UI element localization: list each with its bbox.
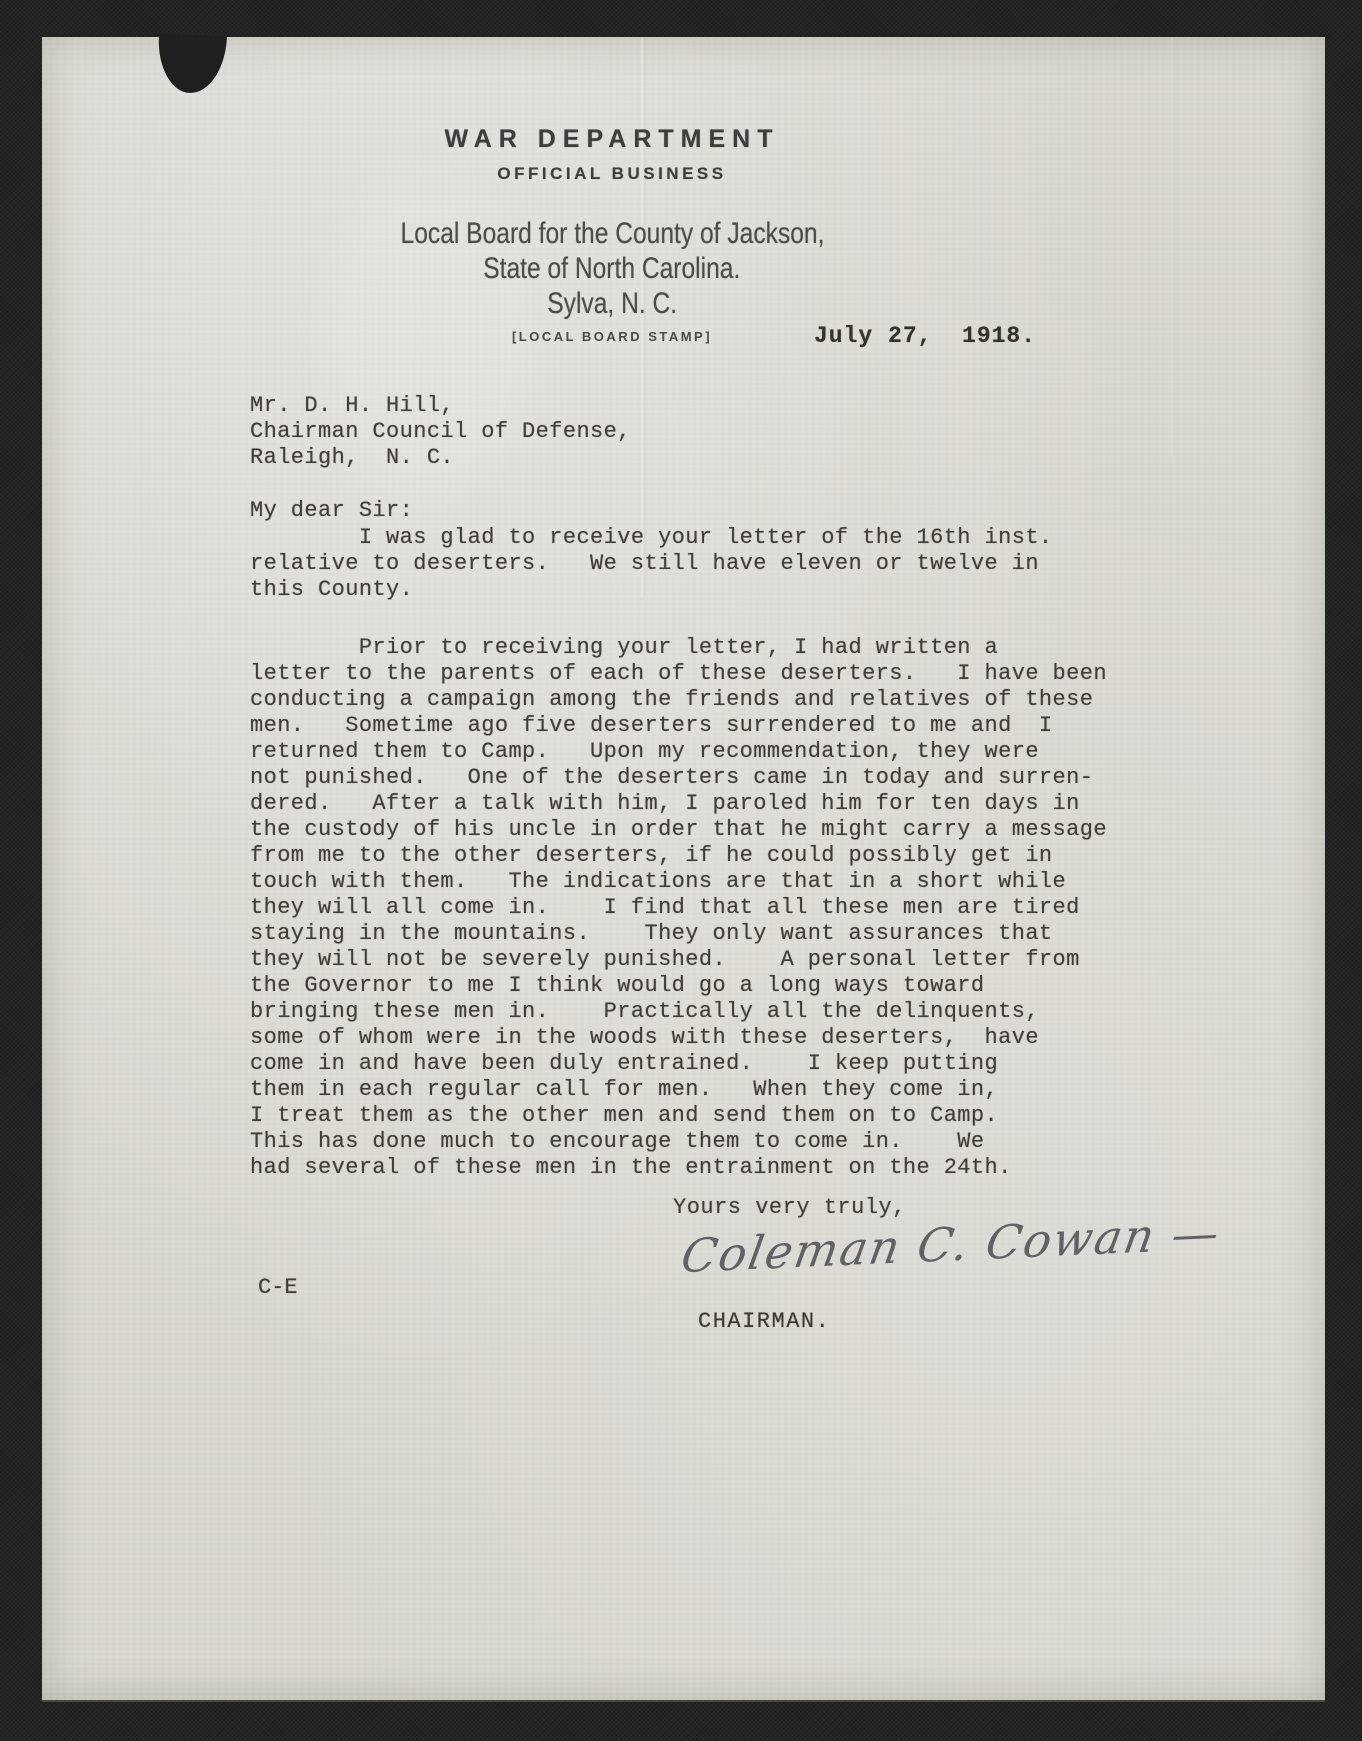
text-line: Raleigh, N. C. <box>250 445 631 471</box>
text-line: had several of these men in the entrainm… <box>250 1155 1107 1181</box>
text-line: returned them to Camp. Upon my recommend… <box>250 739 1107 765</box>
board-line-text: State of North Carolina. <box>483 251 740 286</box>
text-line: they will all come in. I find that all t… <box>250 895 1107 921</box>
recipient-address-block: Mr. D. H. Hill,Chairman Council of Defen… <box>250 393 631 471</box>
text-line: come in and have been duly entrained. I … <box>250 1051 1107 1077</box>
text-line: not punished. One of the deserters came … <box>250 765 1107 791</box>
letter-page: WAR DEPARTMENT OFFICIAL BUSINESS Local B… <box>42 37 1325 1700</box>
scanned-letter-photo: { "colors": { "background": "#212423", "… <box>0 0 1362 1741</box>
letterhead-board-line: State of North Carolina. <box>192 251 1032 286</box>
valediction: Yours very truly, <box>673 1195 906 1220</box>
text-line: conducting a campaign among the friends … <box>250 687 1107 713</box>
body-paragraph-2: Prior to receiving your letter, I had wr… <box>250 635 1107 1181</box>
letterhead-board-line: Local Board for the County of Jackson, <box>192 216 1032 251</box>
text-line: men. Sometime ago five deserters surrend… <box>250 713 1107 739</box>
text-line: Chairman Council of Defense, <box>250 419 631 445</box>
text-line: bringing these men in. Practically all t… <box>250 999 1107 1025</box>
letterhead-board-line: Sylva, N. C. <box>192 286 1032 321</box>
text-line: Mr. D. H. Hill, <box>250 393 631 419</box>
text-line: dered. After a talk with him, I paroled … <box>250 791 1107 817</box>
text-line: staying in the mountains. They only want… <box>250 921 1107 947</box>
body-paragraph-1: I was glad to receive your letter of the… <box>250 525 1053 603</box>
text-line: the Governor to me I think would go a lo… <box>250 973 1107 999</box>
vertical-fold-crease-right <box>1170 37 1176 457</box>
text-line: from me to the other deserters, if he co… <box>250 843 1107 869</box>
board-line-text: Local Board for the County of Jackson, <box>400 216 824 251</box>
letterhead-official-business: OFFICIAL BUSINESS <box>192 164 1032 184</box>
board-line-text: Sylva, N. C. <box>547 286 677 321</box>
text-line: they will not be severely punished. A pe… <box>250 947 1107 973</box>
text-line: This has done much to encourage them to … <box>250 1129 1107 1155</box>
text-line: Prior to receiving your letter, I had wr… <box>250 635 1107 661</box>
letter-date: July 27, 1918. <box>814 323 1036 349</box>
text-line: this County. <box>250 577 1053 603</box>
text-line: touch with them. The indications are tha… <box>250 869 1107 895</box>
text-line: the custody of his uncle in order that h… <box>250 817 1107 843</box>
typist-initials: C-E <box>258 1275 298 1300</box>
text-line: I was glad to receive your letter of the… <box>250 525 1053 551</box>
text-line: them in each regular call for men. When … <box>250 1077 1107 1103</box>
text-line: I treat them as the other men and send t… <box>250 1103 1107 1129</box>
salutation: My dear Sir: <box>250 498 413 523</box>
paper-tear-hole <box>157 34 227 94</box>
text-line: letter to the parents of each of these d… <box>250 661 1107 687</box>
letterhead: WAR DEPARTMENT OFFICIAL BUSINESS Local B… <box>192 125 1032 344</box>
signer-title: CHAIRMAN. <box>698 1309 830 1334</box>
letterhead-department: WAR DEPARTMENT <box>192 125 1032 154</box>
text-line: relative to deserters. We still have ele… <box>250 551 1053 577</box>
text-line: some of whom were in the woods with thes… <box>250 1025 1107 1051</box>
